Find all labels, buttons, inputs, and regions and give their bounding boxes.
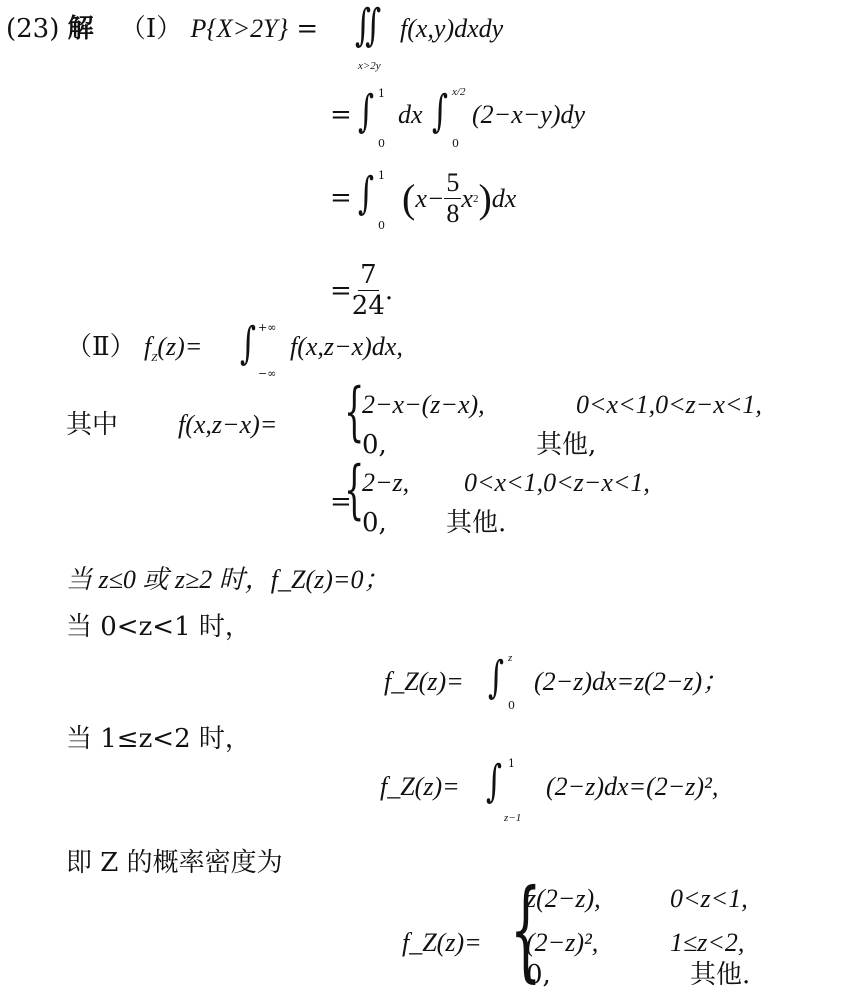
numerator: 7 (358, 260, 379, 291)
solution-label: 解 (68, 14, 94, 44)
upper-limit: 1 (378, 88, 385, 100)
case-expr: 0, (362, 508, 387, 538)
final-case-cond: 0<z<1, (670, 884, 748, 914)
upper-limit: x/2 (452, 86, 465, 98)
outer-differential: dx (398, 100, 423, 130)
problem-number: (23) (6, 14, 59, 44)
case-cond: 其他, (536, 430, 596, 460)
final-case-expr: (2−z)², (526, 928, 598, 958)
zero-case-text: 当 z≤0 或 z≥2 时，f_Z(z)=0； (66, 565, 389, 595)
part2-line: （Ⅱ） fZ(z)= (66, 332, 202, 364)
problem-header: (23) 解 （Ⅰ） P{X>2Y} = (6, 14, 318, 44)
numerator: 5 (444, 168, 461, 199)
conv-lhs: fZ(z)= (144, 332, 202, 361)
final-case-expr: z(2−z), (526, 884, 601, 914)
term: x (461, 184, 473, 214)
upper-limit: +∞ (258, 322, 276, 334)
upper-limit: z (508, 652, 512, 664)
lower-limit: 0 (378, 138, 385, 150)
case-a-condition: 当 0<z<1 时， (66, 612, 251, 642)
denominator: 24 (352, 291, 385, 321)
final-case-expr: 0, (526, 960, 551, 990)
step3-integrand: ( x− 5 8 x2 ) dx (402, 168, 516, 229)
denominator: 8 (446, 199, 459, 229)
integral-sign: ∫ (486, 760, 509, 804)
period: . (385, 276, 393, 306)
lower-limit: 0 (452, 138, 459, 150)
case-cond: 0<x<1,0<z−x<1, (464, 468, 650, 498)
paren-open: ( (402, 184, 415, 214)
part1-label: （Ⅰ） (120, 14, 182, 44)
case-cond: 0<x<1,0<z−x<1, (576, 390, 762, 420)
differential: dx (492, 184, 517, 214)
final-case-cond: 1≤z<2, (670, 928, 744, 958)
inner-integrand: (2−x−y)dy (472, 100, 585, 130)
result-line: = 7 24 . (330, 260, 393, 321)
upper-limit: 1 (508, 758, 515, 770)
paren-close: ) (478, 184, 491, 214)
where-label: 其中 (66, 410, 118, 440)
term: x− (415, 184, 444, 214)
probability-expr: P{X>2Y} (190, 14, 288, 43)
int-a-lhs: f_Z(z)= (384, 667, 464, 697)
conv-integrand: f(x,z−x)dx, (290, 332, 403, 362)
case-expr: 2−x−(z−x), (362, 390, 485, 420)
where-lhs: f(x,z−x)= (178, 410, 277, 440)
integration-region: x>2y (358, 60, 381, 72)
case-b-condition: 当 1≤z<2 时， (66, 724, 251, 754)
step2-equals: = (330, 100, 352, 130)
conclusion-text: 即 Z 的概率密度为 (66, 848, 283, 878)
case-expr: 0, (362, 430, 387, 460)
lower-limit: 0 (508, 700, 515, 712)
lower-limit: −∞ (258, 368, 276, 380)
int-a-body: (2−z)dx=z(2−z)； (534, 667, 728, 697)
equals: = (296, 14, 318, 44)
int-b-lhs: f_Z(z)= (380, 772, 460, 802)
case-expr: 2−z, (362, 468, 409, 498)
double-integral-sign: ∬ (355, 4, 392, 48)
result-fraction: 7 24 (352, 260, 385, 321)
part2-label: （Ⅱ） (66, 332, 136, 362)
case-cond: 其他. (446, 508, 506, 538)
fraction: 5 8 (444, 168, 461, 229)
lower-limit: 0 (378, 220, 385, 232)
lower-limit: z−1 (504, 812, 521, 824)
int-b-body: (2−z)dx=(2−z)², (546, 772, 718, 802)
step3-equals: = (330, 183, 352, 213)
final-case-cond: 其他. (690, 960, 750, 990)
final-lhs: f_Z(z)= (402, 928, 482, 958)
upper-limit: 1 (378, 170, 385, 182)
double-integral-integrand: f(x,y)dxdy (400, 14, 503, 44)
